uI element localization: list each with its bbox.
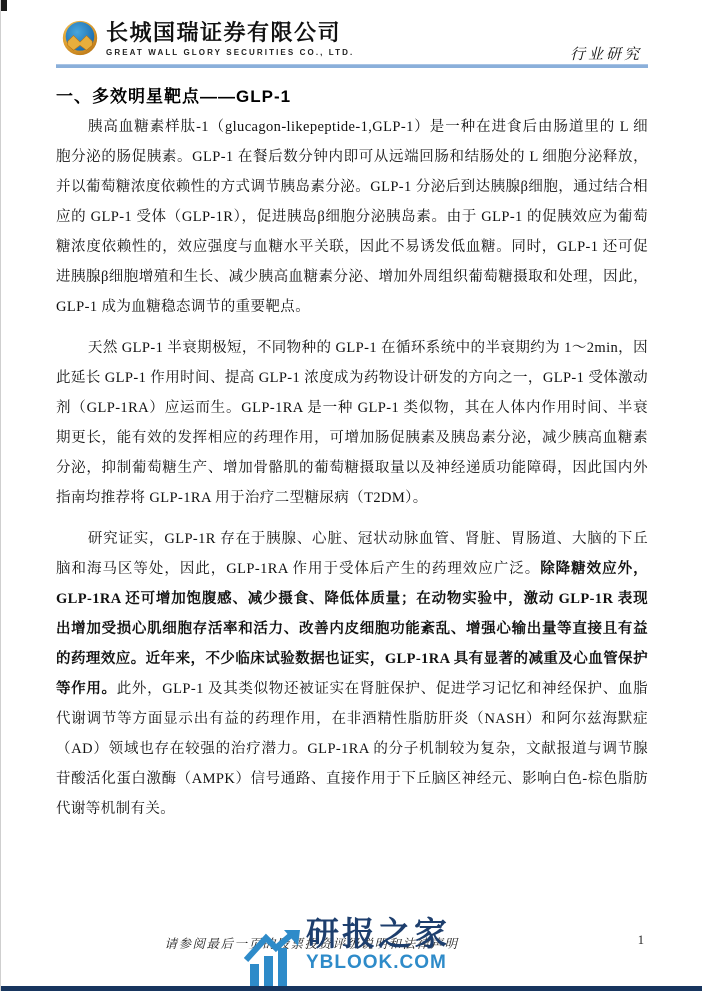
report-header: 长城国瑞证券有限公司 GREAT WALL GLORY SECURITIES C… <box>56 14 648 68</box>
company-name-en: GREAT WALL GLORY SECURITIES CO., LTD. <box>106 48 354 57</box>
watermark-text: 研报之家 YBLOOK.COM <box>306 916 450 974</box>
paragraph-3-tail: 此外，GLP-1 及其类似物还被证实在肾脏保护、促进学习记忆和神经保护、血脂代谢… <box>56 681 648 817</box>
paragraph-1: 胰高血糖素样肽-1（glucagon-likepeptide-1,GLP-1）是… <box>56 112 648 322</box>
report-body: 胰高血糖素样肽-1（glucagon-likepeptide-1,GLP-1）是… <box>56 112 648 835</box>
scan-corner-mark <box>1 0 7 11</box>
watermark-name: 研报之家 <box>306 916 450 952</box>
report-category-label: 行业研究 <box>570 43 642 64</box>
bar-chart-up-arrow-icon <box>244 930 300 988</box>
brand: 长城国瑞证券有限公司 GREAT WALL GLORY SECURITIES C… <box>56 14 648 57</box>
watermark-site: YBLOOK.COM <box>306 952 450 974</box>
header-divider <box>56 64 648 68</box>
company-logo-icon <box>62 20 98 56</box>
paragraph-2: 天然 GLP-1 半衰期极短，不同物种的 GLP-1 在循环系统中的半衰期约为 … <box>56 333 648 513</box>
page-number: 1 <box>638 933 644 948</box>
company-name-cn: 长城国瑞证券有限公司 <box>106 20 354 46</box>
paragraph-3-bold: 除降糖效应外，GLP-1RA 还可增加饱腹感、减少摄食、降低体质量；在动物实验中… <box>56 561 648 697</box>
section-heading: 一、多效明星靶点——GLP-1 <box>56 82 648 107</box>
paragraph-3: 研究证实，GLP-1R 存在于胰腺、心脏、冠状动脉血管、肾脏、胃肠道、大脑的下丘… <box>56 524 648 824</box>
watermark: 研报之家 YBLOOK.COM <box>244 916 450 988</box>
brand-text: 长城国瑞证券有限公司 GREAT WALL GLORY SECURITIES C… <box>106 14 354 57</box>
report-page: 长城国瑞证券有限公司 GREAT WALL GLORY SECURITIES C… <box>0 0 702 991</box>
